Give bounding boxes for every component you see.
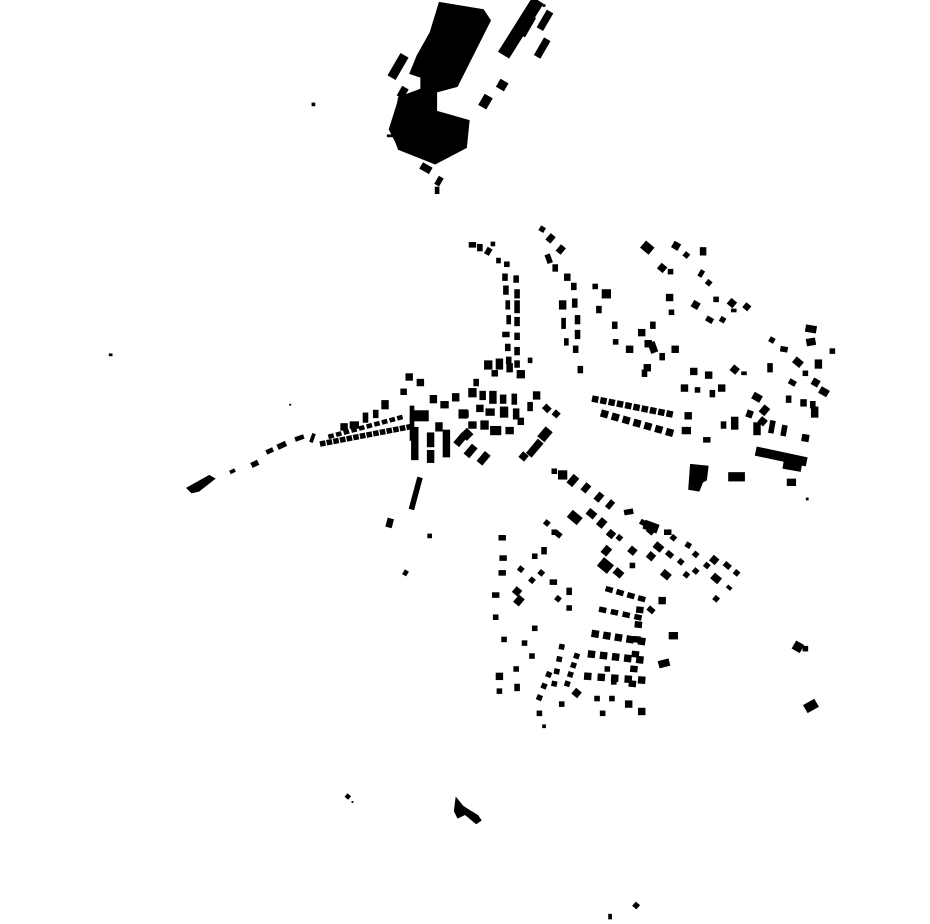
building-footprint [493, 614, 499, 620]
building-footprint [514, 360, 520, 367]
building-footprint [681, 384, 688, 391]
building-footprint [427, 534, 432, 539]
building-footprint [505, 344, 511, 351]
building-footprint [551, 468, 557, 474]
building-footprint [513, 275, 519, 282]
building-footprint [669, 310, 675, 316]
building-footprint [400, 389, 407, 395]
building-footprint [612, 653, 620, 661]
building-footprint [731, 417, 738, 430]
building-footprint [591, 395, 599, 403]
building-footprint [514, 347, 520, 355]
building-footprint [492, 592, 499, 598]
building-footprint [514, 333, 520, 340]
building-footprint [695, 387, 701, 393]
building-footprint [553, 668, 560, 675]
building-footprint [551, 529, 557, 535]
building-footprint [616, 400, 624, 408]
building-footprint [564, 338, 569, 345]
building-footprint [572, 298, 578, 307]
building-footprint [803, 646, 809, 652]
building-footprint [666, 294, 673, 301]
building-footprint [352, 801, 354, 803]
building-footprint [700, 247, 707, 255]
building-footprint [484, 360, 492, 369]
building-footprint [502, 332, 509, 338]
building-footprint [705, 371, 712, 378]
building-footprint [312, 103, 316, 107]
building-footprint [650, 322, 656, 329]
building-footprint [468, 421, 476, 428]
building-footprint [506, 357, 512, 364]
building-footprint [468, 388, 476, 397]
building-footprint [630, 665, 638, 672]
building-footprint [346, 435, 353, 441]
figure-ground-map [0, 0, 930, 924]
building-footprint [427, 450, 434, 463]
building-footprint [537, 711, 543, 717]
building-footprint [786, 395, 792, 402]
building-footprint [815, 359, 822, 368]
building-footprint [504, 261, 510, 267]
building-footprint [500, 407, 508, 418]
building-footprint [529, 653, 535, 659]
building-footprint [514, 289, 520, 298]
building-footprint [624, 402, 632, 410]
building-footprint [597, 673, 605, 681]
building-footprint [602, 289, 611, 298]
building-footprint [611, 679, 617, 685]
building-footprint [533, 391, 540, 399]
building-footprint [608, 399, 616, 407]
building-footprint [440, 401, 448, 408]
building-footprint [630, 563, 636, 569]
building-footprint [718, 384, 725, 391]
building-footprint [592, 284, 598, 290]
building-footprint [587, 650, 595, 658]
building-footprint [638, 708, 645, 715]
building-footprint [480, 420, 488, 429]
building-footprint [638, 329, 645, 336]
building-footprint [644, 364, 651, 371]
building-footprint [405, 373, 412, 380]
building-footprint [641, 405, 649, 413]
building-footprint [566, 605, 572, 611]
building-footprint [363, 413, 369, 423]
building-footprint [658, 597, 665, 604]
building-footprint [633, 636, 641, 643]
building-footprint [527, 402, 533, 411]
building-footprint [634, 621, 642, 628]
building-footprint [501, 637, 507, 643]
building-footprint [806, 337, 816, 346]
building-footprint [561, 318, 566, 329]
building-footprint [801, 434, 810, 443]
building-footprint [703, 437, 710, 443]
building-footprint [713, 297, 719, 303]
building-footprint [492, 370, 499, 376]
building-footprint [721, 421, 727, 428]
building-footprint [753, 422, 760, 435]
building-footprint [512, 394, 518, 405]
building-footprint [406, 424, 413, 430]
building-footprint [496, 258, 501, 264]
building-footprint [551, 680, 558, 687]
building-footprint [710, 390, 716, 397]
building-footprint [811, 407, 818, 418]
building-footprint [613, 339, 619, 345]
building-footprint [599, 651, 607, 659]
building-footprint [485, 408, 494, 415]
building-footprint [387, 134, 393, 137]
building-footprint [573, 346, 579, 353]
building-footprint [830, 348, 836, 354]
building-footprint [575, 315, 581, 324]
building-footprint [669, 632, 678, 639]
building-footprint [803, 371, 809, 377]
building-footprint [659, 353, 665, 360]
building-footprint [505, 300, 510, 309]
building-footprint [379, 429, 386, 435]
building-footprint [624, 654, 632, 662]
building-footprint [506, 315, 511, 324]
building-footprint [638, 676, 646, 684]
building-footprint [319, 440, 326, 446]
building-footprint [605, 666, 611, 672]
building-footprint [787, 479, 796, 486]
building-footprint [612, 322, 618, 329]
building-footprint [559, 701, 565, 707]
building-footprint [469, 242, 476, 248]
building-footprint [353, 434, 360, 440]
building-footprint [741, 371, 747, 375]
building-footprint [671, 346, 678, 353]
building-footprint [381, 400, 388, 409]
building-footprint [626, 635, 635, 643]
building-footprint [340, 423, 347, 430]
building-footprint [505, 427, 513, 434]
building-footprint [626, 346, 633, 353]
building-footprint [497, 688, 503, 694]
building-footprint [506, 363, 513, 372]
building-footprint [578, 366, 584, 373]
building-footprint [517, 370, 525, 378]
building-footprints-layer [0, 0, 930, 924]
building-footprint [427, 432, 434, 447]
building-footprint [479, 391, 486, 400]
building-footprint [603, 631, 612, 639]
building-footprint [666, 410, 674, 418]
building-footprint [289, 404, 291, 406]
building-footprint [498, 535, 505, 541]
building-footprint [767, 363, 773, 372]
building-footprint [393, 426, 400, 432]
building-footprint [443, 430, 450, 458]
building-footprint [373, 410, 379, 418]
building-footprint [550, 579, 557, 585]
building-footprint [558, 470, 567, 479]
building-footprint [731, 309, 737, 313]
building-footprint [399, 425, 406, 431]
building-footprint [435, 187, 440, 194]
building-footprint [800, 399, 807, 406]
building-footprint [326, 439, 333, 445]
building-footprint [636, 606, 644, 613]
building-footprint [476, 405, 483, 412]
building-footprint [452, 393, 459, 401]
building-footprint [614, 633, 623, 641]
building-footprint [559, 300, 566, 309]
building-footprint [658, 409, 666, 417]
building-footprint [366, 431, 373, 437]
building-footprint [668, 269, 674, 275]
building-footprint [489, 391, 496, 404]
building-footprint [532, 626, 538, 632]
building-footprint [575, 330, 581, 339]
building-footprint [473, 379, 479, 386]
building-footprint [477, 244, 483, 251]
building-footprint [496, 673, 503, 680]
building-footprint [564, 274, 571, 281]
building-footprint [458, 409, 467, 418]
building-footprint [435, 422, 442, 431]
building-footprint [541, 547, 547, 554]
building-footprint [532, 553, 538, 559]
building-footprint [359, 433, 366, 439]
building-footprint [596, 306, 602, 313]
building-footprint [566, 588, 572, 595]
building-footprint [518, 418, 525, 425]
building-footprint [496, 359, 503, 370]
building-footprint [528, 358, 533, 364]
building-footprint [552, 264, 558, 271]
building-footprint [633, 404, 641, 412]
building-footprint [608, 914, 612, 920]
building-footprint [728, 472, 745, 481]
building-footprint [502, 274, 508, 281]
building-footprint [682, 427, 691, 434]
building-footprint [417, 379, 424, 386]
building-footprint [386, 427, 393, 433]
building-footprint [514, 300, 520, 313]
building-footprint [600, 397, 608, 405]
building-footprint [631, 651, 639, 658]
building-footprint [339, 436, 346, 442]
building-footprint [514, 684, 520, 691]
building-footprint [373, 430, 380, 436]
building-footprint [571, 283, 577, 290]
building-footprint [498, 570, 505, 576]
building-footprint [690, 368, 697, 375]
building-footprint [430, 395, 437, 403]
building-footprint [649, 407, 657, 415]
building-footprint [412, 410, 429, 421]
building-footprint [556, 656, 563, 663]
building-footprint [594, 696, 600, 702]
building-footprint [411, 427, 418, 460]
building-footprint [591, 630, 600, 638]
building-footprint [503, 286, 509, 295]
building-footprint [628, 680, 636, 687]
building-footprint [664, 529, 671, 535]
building-footprint [609, 696, 615, 702]
building-footprint [684, 412, 691, 419]
building-footprint [584, 672, 592, 680]
building-footprint [522, 640, 528, 646]
building-footprint [490, 426, 501, 435]
building-footprint [499, 555, 506, 561]
building-footprint [513, 666, 519, 672]
building-footprint [806, 498, 809, 501]
building-footprint [600, 711, 606, 717]
building-footprint [514, 317, 520, 326]
building-footprint [500, 395, 507, 404]
building-footprint [558, 644, 565, 651]
building-footprint [109, 353, 113, 356]
building-footprint [625, 700, 632, 707]
building-footprint [333, 438, 340, 444]
building-footprint [542, 724, 546, 728]
building-footprint [543, 4, 546, 7]
building-footprint [491, 242, 496, 247]
